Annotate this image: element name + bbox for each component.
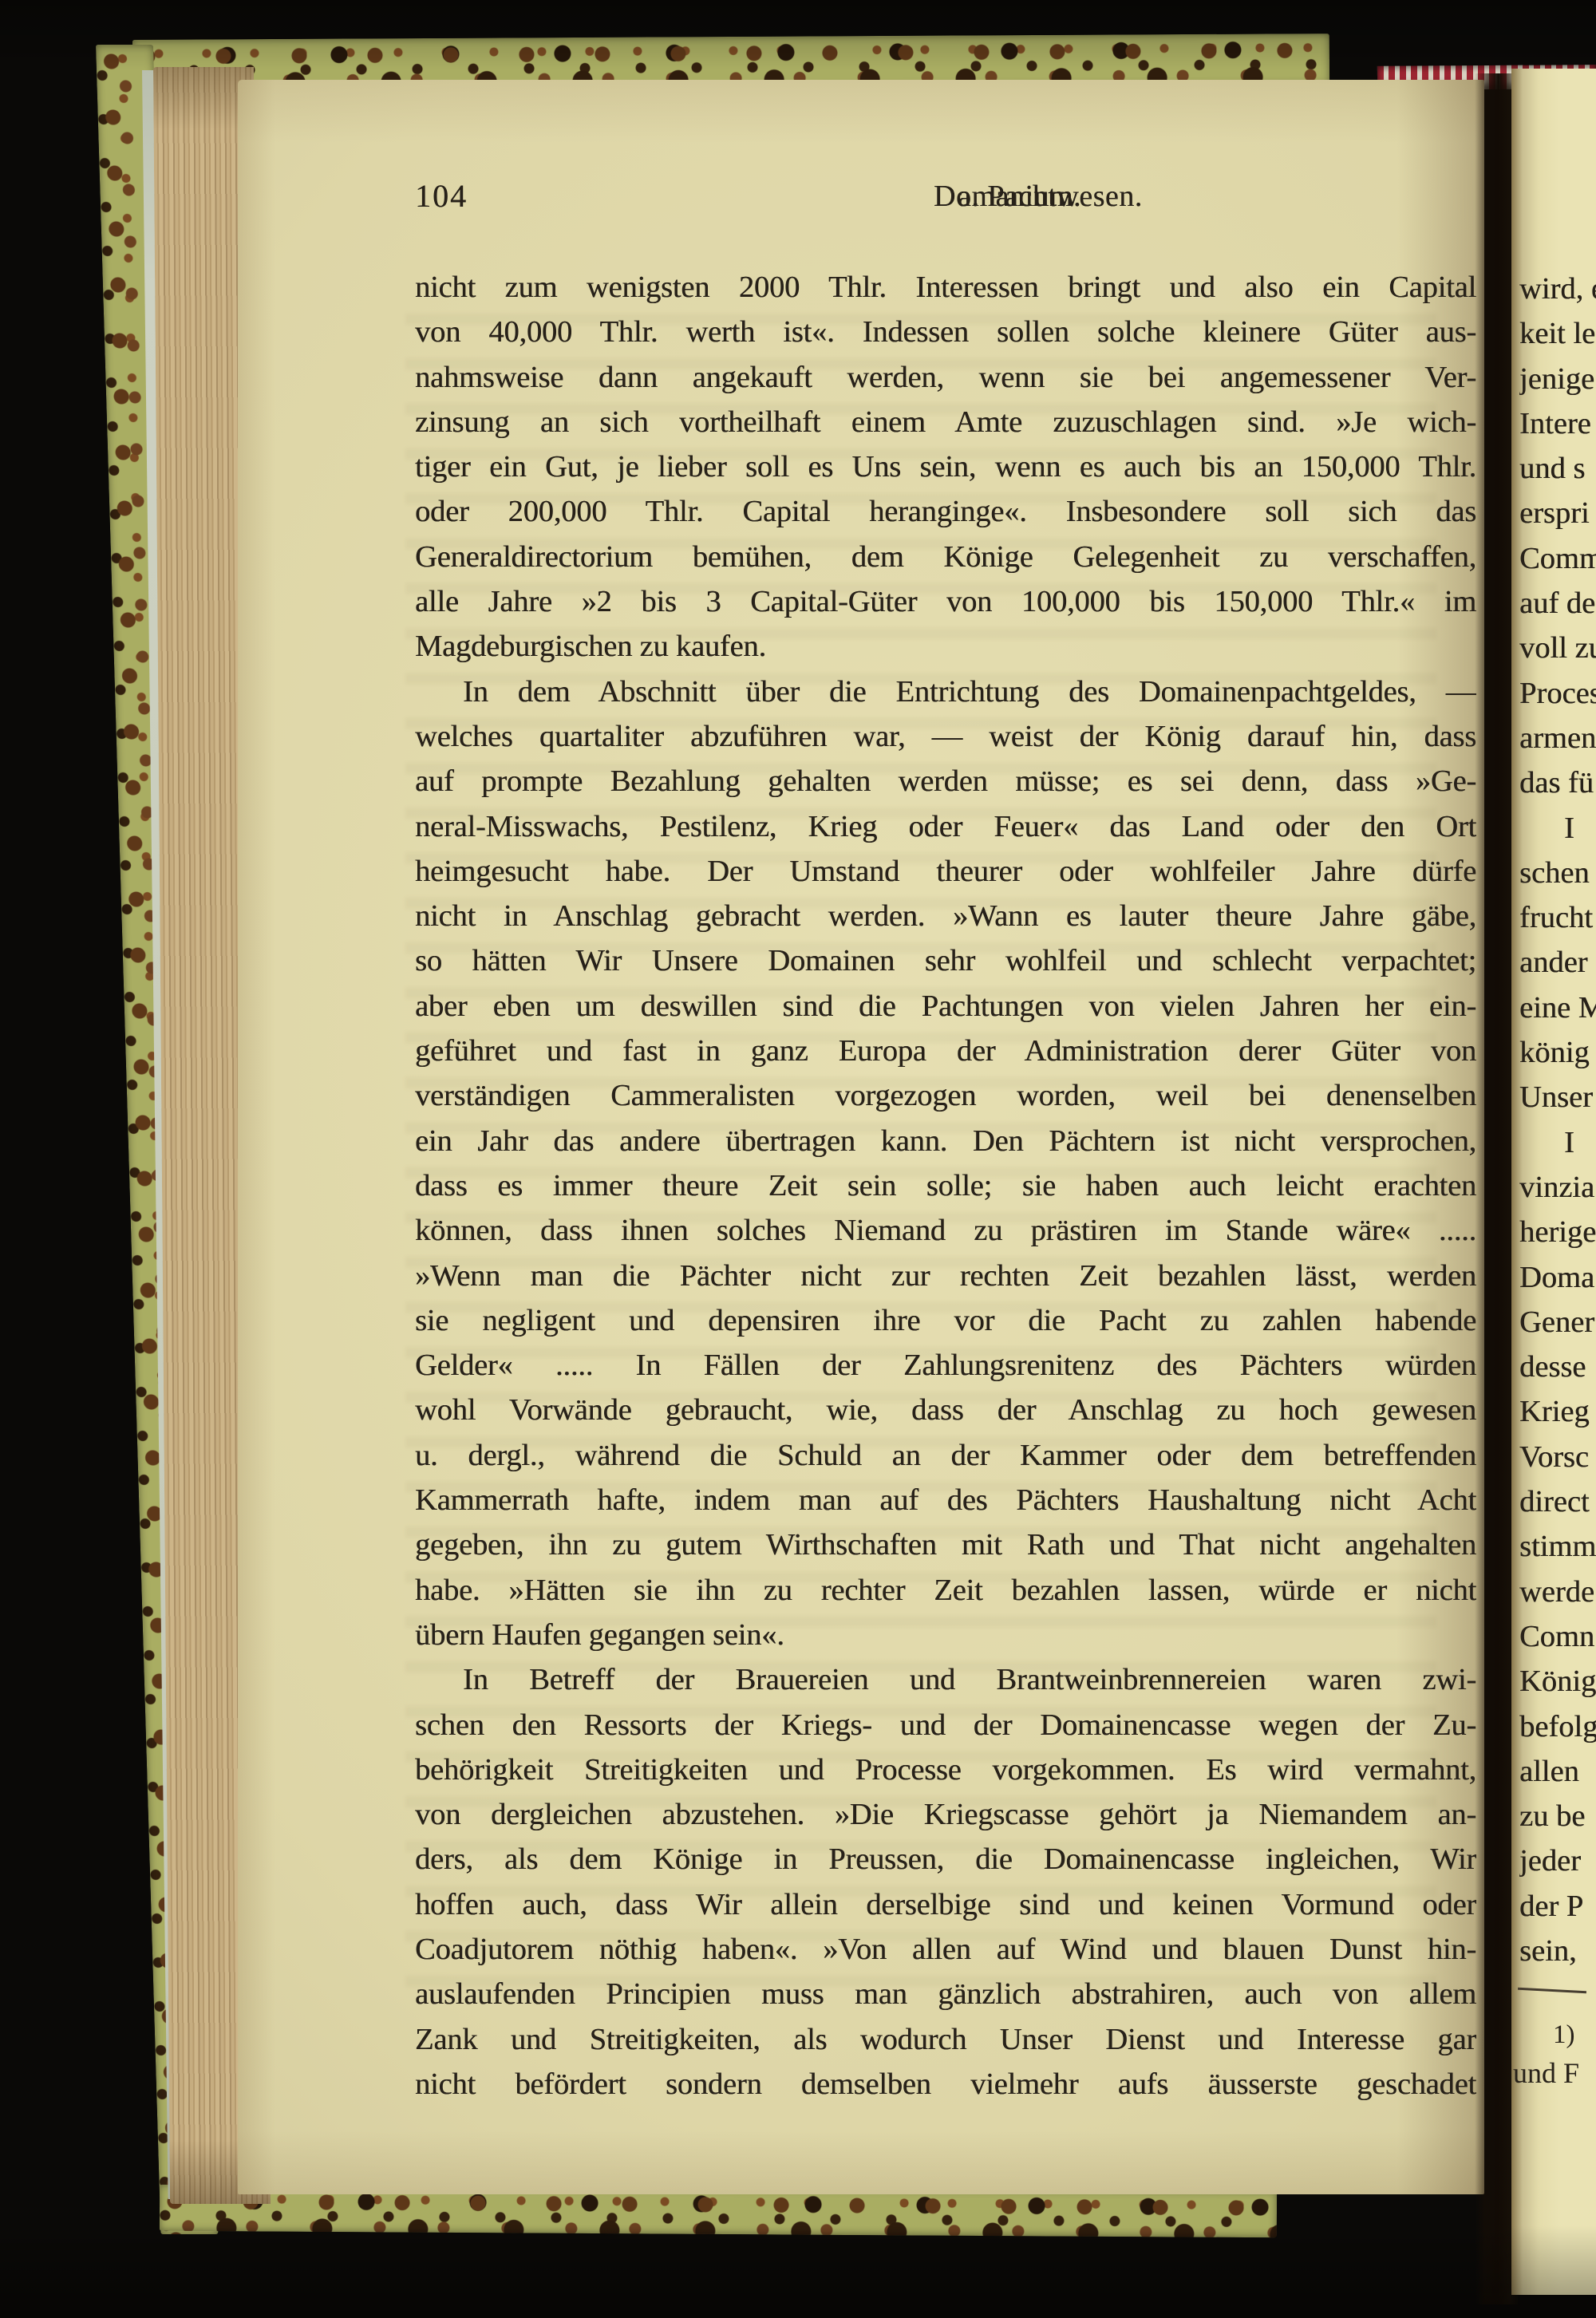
- text-line: von 40,000 Thlr. werth ist«. Indessen so…: [415, 310, 1476, 354]
- text-line: ein Jahr das andere übertragen kann. Den…: [415, 1119, 1476, 1163]
- page-text: nicht zum wenigsten 2000 Thlr. Interesse…: [415, 265, 1476, 2107]
- text-line: nicht befördert sondern demselben vielme…: [415, 2062, 1476, 2107]
- text-line: verständigen Cammeralisten vorgezogen wo…: [415, 1073, 1476, 1118]
- text-line-fragment: vinzia: [1519, 1165, 1596, 1210]
- text-line-fragment: wird, e: [1519, 267, 1596, 311]
- text-line: ders, als dem Könige in Preussen, die Do…: [415, 1837, 1476, 1882]
- text-line-fragment: desse: [1519, 1345, 1596, 1389]
- text-line: Coadjutorem nöthig haben«. »Von allen au…: [415, 1927, 1476, 1972]
- text-line-fragment: Vorsc: [1519, 1435, 1596, 1479]
- text-line: zinsung an sich vortheilhaft einem Amte …: [415, 400, 1476, 444]
- text-line: In Betreff der Brauereien und Brantweinb…: [415, 1657, 1476, 1702]
- text-line-fragment: Krieg: [1519, 1389, 1596, 1434]
- text-line-fragment: Intere: [1519, 401, 1596, 446]
- text-line-fragment: frucht: [1519, 895, 1596, 940]
- text-line: Gelder« ..... In Fällen der Zahlungsreni…: [415, 1343, 1476, 1388]
- text-line: gegeben, ihn zu gutem Wirthschaften mit …: [415, 1522, 1476, 1567]
- text-line: wohl Vorwände gebraucht, wie, dass der A…: [415, 1388, 1476, 1432]
- text-line-fragment: der P: [1519, 1884, 1596, 1929]
- text-line: nicht in Anschlag gebracht werden. »Wann…: [415, 894, 1476, 938]
- text-line: »Wenn man die Pächter nicht zur rechten …: [415, 1254, 1476, 1298]
- text-line-fragment: erspri: [1519, 491, 1596, 535]
- text-line-fragment: ander: [1519, 940, 1596, 985]
- text-line: hoffen auch, dass Wir allein derselbige …: [415, 1882, 1476, 1927]
- text-line-fragment: herige: [1519, 1210, 1596, 1254]
- text-line: habe. »Hätten sie ihn zu rechter Zeit be…: [415, 1568, 1476, 1613]
- text-line: welches quartaliter abzuführen war, — we…: [415, 714, 1476, 759]
- text-line: alle Jahre »2 bis 3 Capital-Güter von 10…: [415, 579, 1476, 624]
- text-line-fragment: Comn: [1519, 1614, 1596, 1659]
- text-line-fragment: jenige: [1519, 357, 1596, 401]
- text-line: von dergleichen abzustehen. »Die Kriegsc…: [415, 1792, 1476, 1837]
- text-line-fragment: das fü: [1519, 760, 1596, 805]
- footnote-rule: [1518, 1988, 1586, 1993]
- text-line: aber eben um deswillen sind die Pachtung…: [415, 984, 1476, 1029]
- text-line: tiger ein Gut, je lieber soll es Uns sei…: [415, 444, 1476, 489]
- text-line-fragment: auf de: [1519, 581, 1596, 626]
- text-line-fragment: sein,: [1519, 1929, 1596, 1973]
- text-line-fragment: stimm: [1519, 1524, 1596, 1569]
- text-line-fragment: befolg: [1519, 1704, 1596, 1749]
- text-line: heimgesucht habe. Der Umstand theurer od…: [415, 849, 1476, 894]
- text-line-fragment: und s: [1519, 446, 1596, 491]
- text-line-fragment: jeder: [1519, 1838, 1596, 1883]
- text-line-fragment: keit le: [1519, 311, 1596, 356]
- text-line-fragment: Gener: [1519, 1300, 1596, 1345]
- text-line-fragment: könig: [1519, 1030, 1596, 1075]
- text-line-fragment: Proces: [1519, 671, 1596, 716]
- text-line: dass es immer theure Zeit sein solle; si…: [415, 1163, 1476, 1208]
- footnote-marker: 1): [1511, 2020, 1596, 2050]
- running-header-title: Domanium.a. Pachtwesen.: [415, 179, 1476, 214]
- text-line: können, dass ihnen solches Niemand zu pr…: [415, 1208, 1476, 1253]
- text-line: sie negligent und depensiren ihre vor di…: [415, 1298, 1476, 1343]
- left-page: 104 Domanium.a. Pachtwesen. nicht zum we…: [238, 80, 1484, 2194]
- footnote-fragment: und F: [1511, 2056, 1596, 2090]
- text-line-fragment: I: [1519, 806, 1596, 851]
- text-line: Generaldirectorium bemühen, dem Könige G…: [415, 535, 1476, 579]
- text-line-fragment: allen: [1519, 1749, 1596, 1794]
- text-line-fragment: armen: [1519, 716, 1596, 760]
- text-line: Kammerrath hafte, indem man auf des Päch…: [415, 1478, 1476, 1522]
- text-line: geführet und fast in ganz Europa der Adm…: [415, 1029, 1476, 1073]
- text-line: Zank und Streitigkeiten, als wodurch Uns…: [415, 2017, 1476, 2062]
- text-line-fragment: eine M: [1519, 985, 1596, 1030]
- text-line-fragment: voll zu: [1519, 626, 1596, 670]
- text-line-fragment: Doma: [1519, 1255, 1596, 1300]
- text-line-fragment: schen: [1519, 851, 1596, 895]
- book-scan: 104 Domanium.a. Pachtwesen. nicht zum we…: [0, 0, 1596, 2318]
- text-line: neral-Misswachs, Pestilenz, Krieg oder F…: [415, 804, 1476, 849]
- text-line: Magdeburgischen zu kaufen.: [415, 624, 1476, 669]
- text-line: In dem Abschnitt über die Entrichtung de…: [415, 669, 1476, 714]
- running-header-part2: a. Pachtwesen.: [958, 179, 1143, 214]
- text-line: u. dergl., während die Schuld an der Kam…: [415, 1433, 1476, 1478]
- text-line-fragment: I: [1519, 1120, 1596, 1165]
- text-line: auf prompte Bezahlung gehalten werden mü…: [415, 759, 1476, 804]
- text-line: so hätten Wir Unsere Domainen sehr wohlf…: [415, 938, 1476, 983]
- text-line: behörigkeit Streitigkeiten und Processe …: [415, 1747, 1476, 1792]
- text-line: auslaufenden Principien muss man gänzlic…: [415, 1972, 1476, 2016]
- text-line: nicht zum wenigsten 2000 Thlr. Interesse…: [415, 265, 1476, 310]
- right-page-text: wird, ekeit lejenigeIntereund serspriCom…: [1511, 69, 1596, 1973]
- text-line: nahmsweise dann angekauft werden, wenn s…: [415, 355, 1476, 400]
- text-line-fragment: werde: [1519, 1570, 1596, 1614]
- text-line-fragment: direct: [1519, 1479, 1596, 1524]
- text-line-fragment: Comm: [1519, 536, 1596, 581]
- text-line-fragment: Unser: [1519, 1075, 1596, 1120]
- text-line: übern Haufen gegangen sein«.: [415, 1613, 1476, 1657]
- right-page-sliver: wird, ekeit lejenigeIntereund serspriCom…: [1511, 69, 1596, 2295]
- text-line-fragment: König: [1519, 1659, 1596, 1704]
- running-head: 104 Domanium.a. Pachtwesen.: [415, 177, 1476, 217]
- text-line-fragment: zu be: [1519, 1794, 1596, 1838]
- text-line: oder 200,000 Thlr. Capital heranginge«. …: [415, 489, 1476, 534]
- text-line: schen den Ressorts der Kriegs- und der D…: [415, 1703, 1476, 1747]
